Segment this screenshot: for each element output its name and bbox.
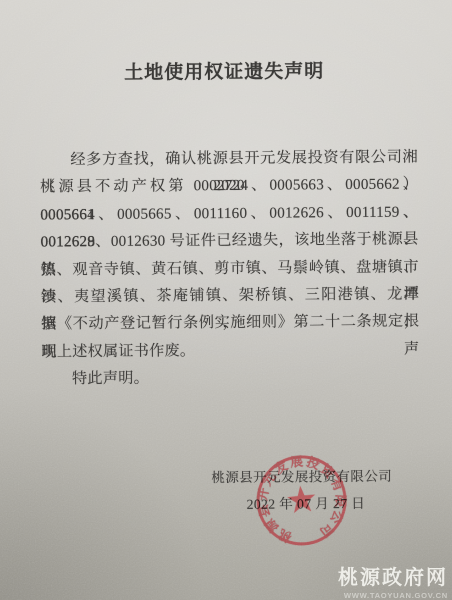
body-line: 经多方查找，确认桃源县开元发展投资有限公司湘（2020） <box>40 143 418 173</box>
body-line: 桃源县不动产权第 0002724、0005663、0005662、0005661… <box>40 171 418 201</box>
document-title: 土地使用权证遗失声明 <box>0 55 450 86</box>
body-line: 0005664、0005665、0011160、0012626、0011159、… <box>40 198 418 228</box>
body-line: 特此声明。 <box>42 363 420 393</box>
body-line: 据《不动产登记暂行条例实施细则》第二十二条规定，现声 <box>41 308 419 338</box>
body-line: 0012629、0012630 号证件已经遗失，该地坐落于桃源县热市 <box>40 226 418 256</box>
watermark-site-name: 桃源政府网 <box>338 561 448 590</box>
body-line: 镇、夷望溪镇、茶庵铺镇、架桥镇、三阳港镇、龙潭镇，根 <box>41 280 419 310</box>
watermark-site-url: WWW.TAOYUAN.GOV.CN <box>338 591 448 600</box>
document-photo: 土地使用权证遗失声明 经多方查找，确认桃源县开元发展投资有限公司湘（2020） … <box>0 0 452 600</box>
company-seal: 桃源县开元发展投资有限公司 <box>249 448 354 553</box>
seal-star-icon <box>286 484 317 513</box>
sheet-content: 土地使用权证遗失声明 经多方查找，确认桃源县开元发展投资有限公司湘（2020） … <box>0 0 452 600</box>
body-paragraph: 经多方查找，确认桃源县开元发展投资有限公司湘（2020） 桃源县不动产权第 00… <box>40 143 420 392</box>
body-line: 镇、观音寺镇、黄石镇、剪市镇、马鬃岭镇、盘塘镇、沙坪 <box>41 253 419 283</box>
watermark: 桃源政府网 WWW.TAOYUAN.GOV.CN <box>338 561 448 600</box>
